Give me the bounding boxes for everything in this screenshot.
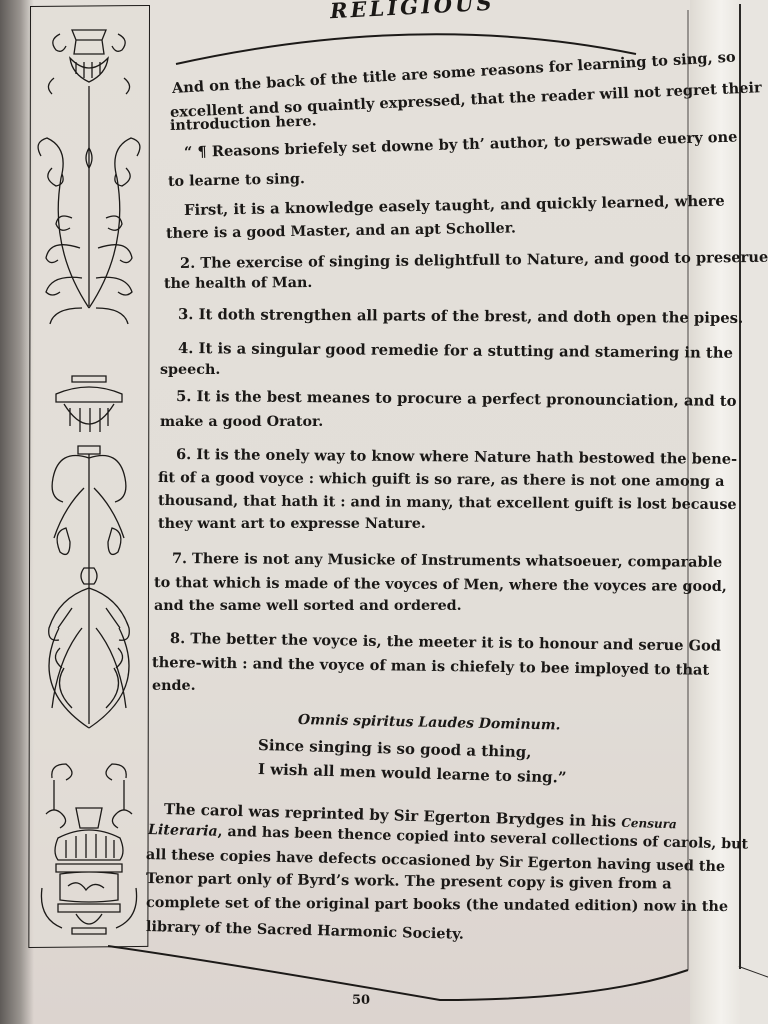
text-line: speech. bbox=[160, 362, 220, 378]
text-line: and the same well sorted and ordered. bbox=[154, 598, 462, 614]
text-line: the health of Man. bbox=[164, 275, 312, 292]
book-title-italic: Literaria bbox=[148, 822, 218, 840]
text-line: to learne to sing. bbox=[168, 171, 305, 190]
text-line: make a good Orator. bbox=[160, 414, 323, 430]
book-title-italic: Censura bbox=[621, 816, 677, 832]
text-line: they want art to expresse Nature. bbox=[158, 516, 426, 532]
page-number: 50 bbox=[352, 993, 370, 1008]
bottom-rule bbox=[108, 946, 688, 1000]
text-line: ende. bbox=[152, 678, 196, 694]
